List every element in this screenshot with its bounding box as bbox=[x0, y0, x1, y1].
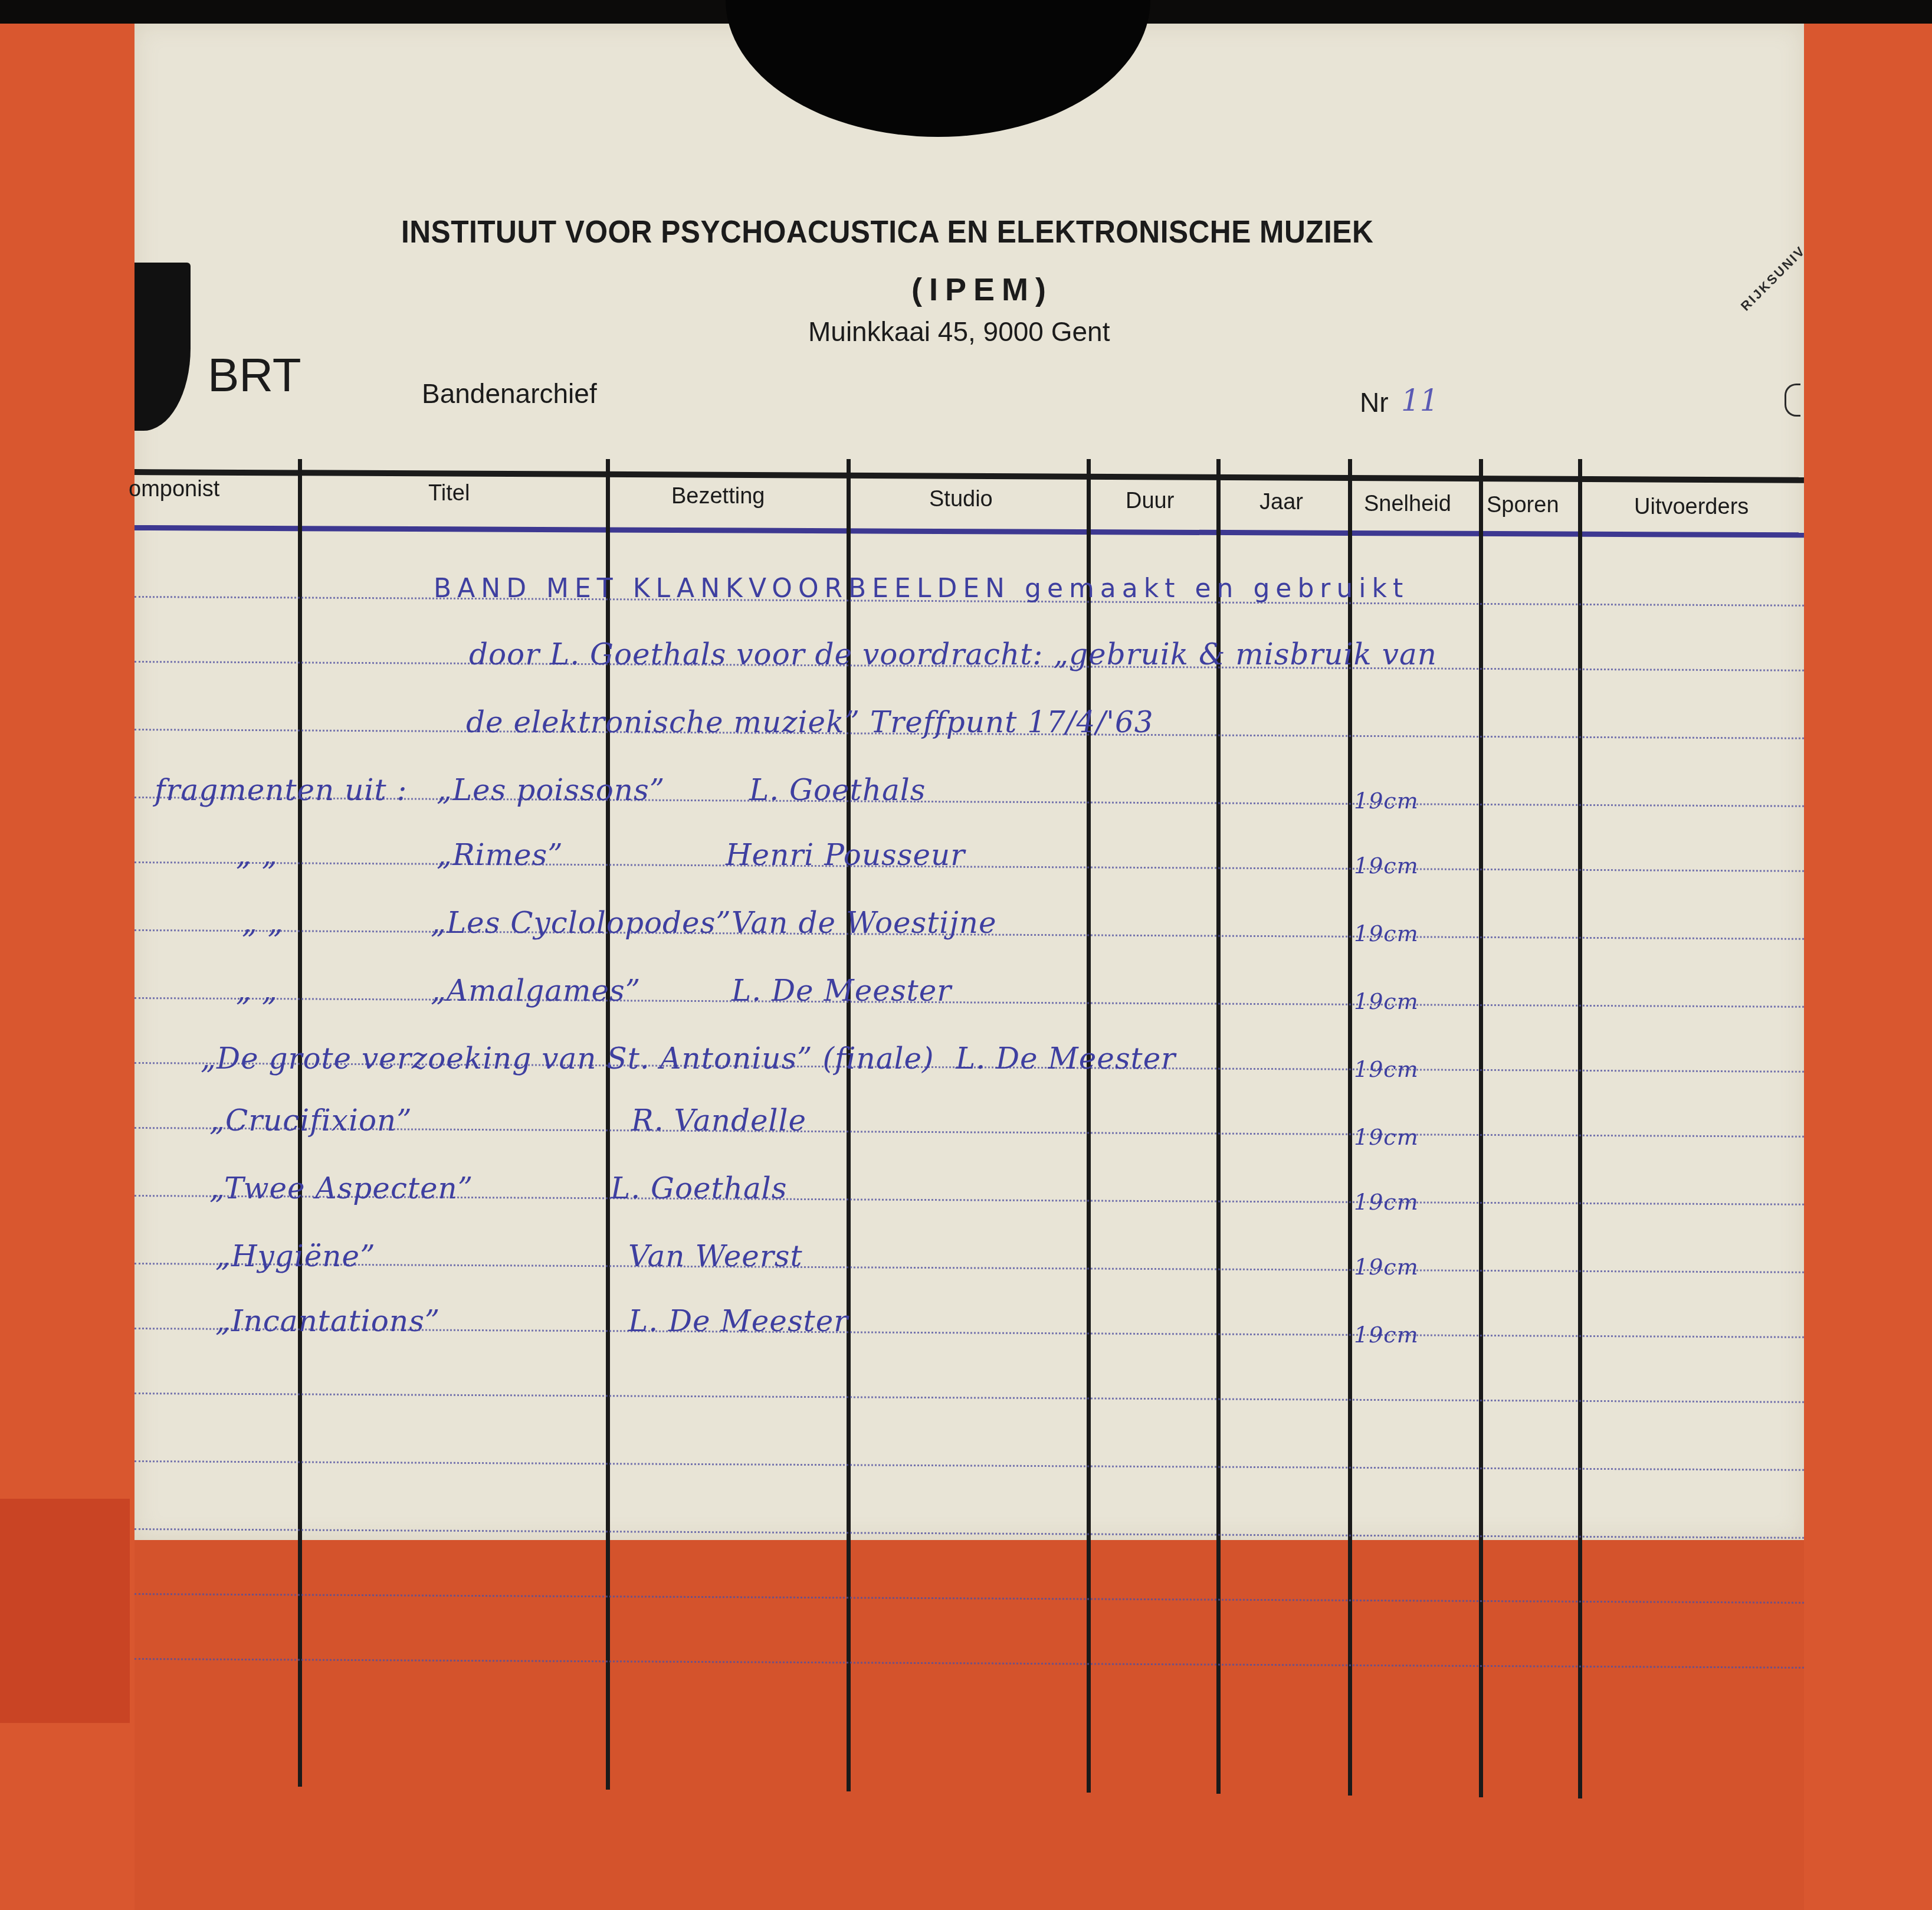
institute-address: Muinkkaai 45, 9000 Gent bbox=[808, 316, 1110, 348]
row-composer: L. Goethals bbox=[611, 1171, 787, 1205]
row-composer: L. De Meester bbox=[628, 1304, 848, 1338]
row-prefix: fragmenten uit : bbox=[155, 773, 407, 807]
row-title: „Les Cyclolopodes” bbox=[431, 906, 732, 940]
row-prefix: „ „ bbox=[236, 974, 278, 1008]
institute-abbreviation: (IPEM) bbox=[911, 271, 1053, 308]
column-header-sporen: Sporen bbox=[1487, 493, 1559, 518]
institute-name: INSTITUUT VOOR PSYCHOACUSTICA EN ELEKTRO… bbox=[401, 214, 1373, 250]
tape-description-line-3: de elektronische muziek” Treffpunt 17/4/… bbox=[466, 705, 1154, 739]
column-divider bbox=[1479, 459, 1483, 1797]
row-title: „De grote verzoeking van St. Antonius” (… bbox=[201, 1041, 934, 1076]
column-header-jaar: Jaar bbox=[1259, 490, 1303, 515]
row-speed: 19cm bbox=[1354, 1254, 1419, 1280]
row-title: „Rimes” bbox=[437, 838, 563, 872]
tape-description-line-2: door L. Goethals voor de voordracht: „ge… bbox=[469, 637, 1437, 671]
column-header-snelheid: Snelheid bbox=[1364, 492, 1451, 517]
row-title: „Crucifixion” bbox=[209, 1103, 412, 1138]
row-speed: 19cm bbox=[1354, 1189, 1419, 1215]
row-prefix: „ „ bbox=[236, 838, 278, 872]
broadcaster-name: BRT bbox=[208, 348, 301, 402]
row-speed: 19cm bbox=[1354, 988, 1419, 1014]
row-title: „Incantations” bbox=[215, 1304, 440, 1338]
column-header-studio: Studio bbox=[929, 487, 993, 512]
column-header-titel: Titel bbox=[428, 481, 470, 506]
archive-number: 11 bbox=[1401, 384, 1439, 418]
column-header-duur: Duur bbox=[1126, 489, 1174, 514]
row-speed: 19cm bbox=[1354, 1056, 1419, 1082]
stamp-emblem-icon bbox=[1785, 384, 1800, 417]
row-composer: L. De Meester bbox=[732, 974, 952, 1008]
row-composer: L. De Meester bbox=[956, 1041, 1176, 1076]
row-prefix: „ „ bbox=[242, 906, 284, 940]
row-title: „Hygiëne” bbox=[215, 1239, 376, 1273]
row-speed: 19cm bbox=[1354, 920, 1419, 946]
column-header-componist: omponist bbox=[129, 477, 219, 502]
row-speed: 19cm bbox=[1354, 1124, 1419, 1150]
row-speed: 19cm bbox=[1354, 853, 1419, 879]
row-composer: R. Vandelle bbox=[631, 1103, 806, 1138]
tape-description-line-1: BAND MET KLANKVOORBEELDEN gemaakt en geb… bbox=[434, 574, 1409, 604]
row-composer: Van de Woestijne bbox=[732, 906, 997, 940]
column-header-bezetting: Bezetting bbox=[671, 484, 765, 509]
tape-tab bbox=[0, 1499, 130, 1723]
row-composer: Van Weerst bbox=[628, 1239, 803, 1273]
row-title: „Les poissons” bbox=[437, 773, 665, 807]
row-speed: 19cm bbox=[1354, 788, 1419, 814]
archive-label: Bandenarchief bbox=[422, 378, 597, 409]
column-header-uitvoerders: Uitvoerders bbox=[1634, 494, 1749, 520]
row-speed: 19cm bbox=[1354, 1322, 1419, 1348]
number-label: Nr bbox=[1360, 386, 1389, 418]
row-composer: Henri Pousseur bbox=[726, 838, 965, 872]
row-title: „Amalgames” bbox=[431, 974, 641, 1008]
row-title: „Twee Aspecten” bbox=[209, 1171, 473, 1205]
row-composer: L. Goethals bbox=[749, 773, 926, 807]
column-divider bbox=[1578, 459, 1582, 1798]
